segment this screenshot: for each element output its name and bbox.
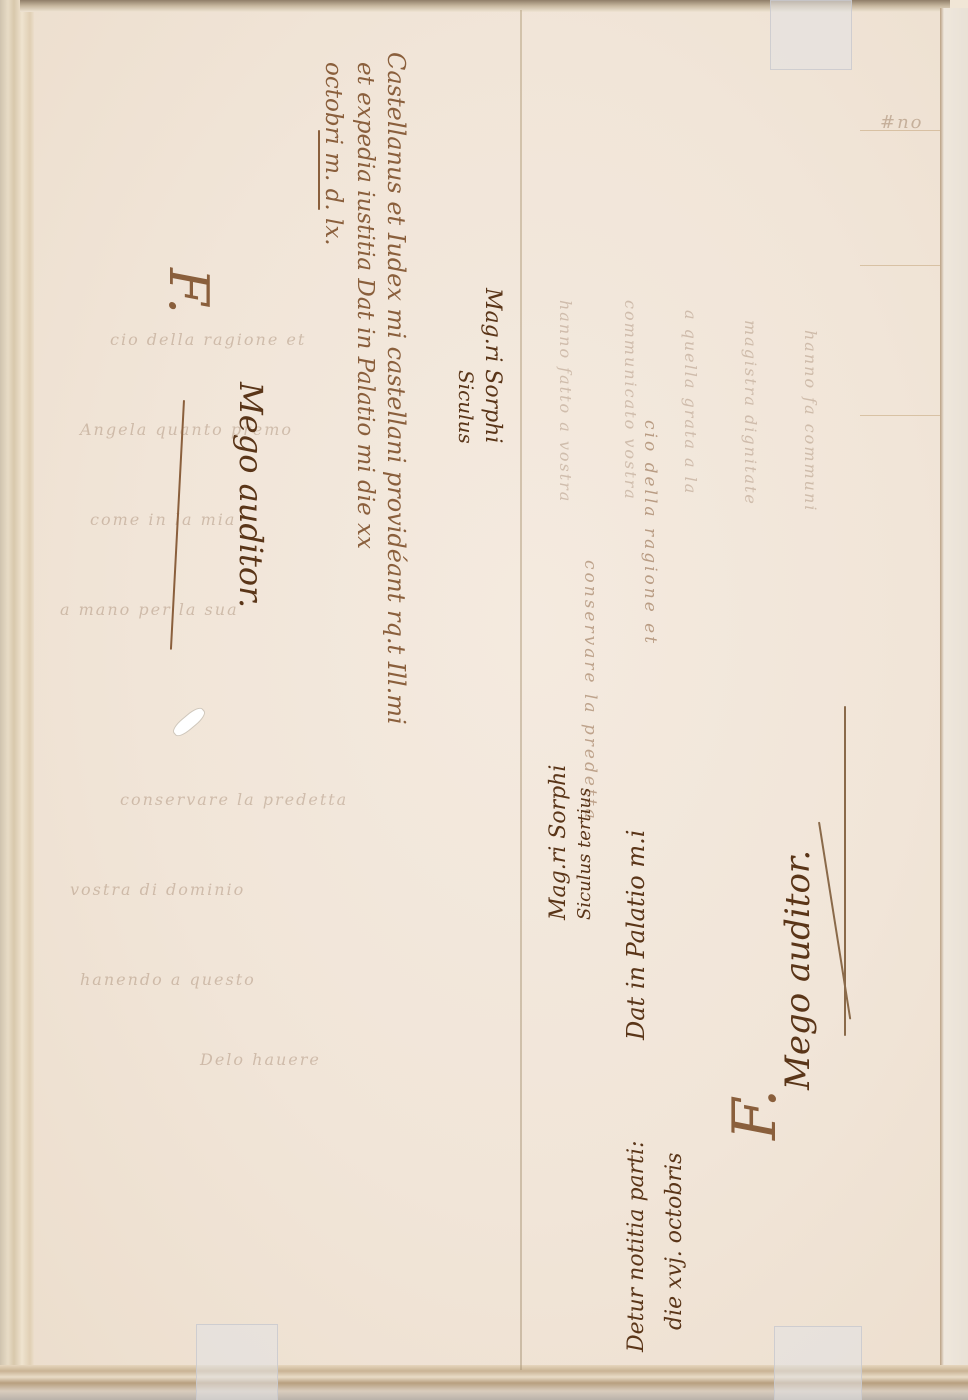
signature-initial: F. [720,1089,790,1140]
bleed-line: magistra dignitate [741,320,760,506]
bleed-line: hanendo a questo [80,970,256,989]
vertical-fold-line [520,10,522,1370]
bleed-line: cio della ragione et [110,330,306,349]
binding-strip [940,8,968,1400]
bleed-line: a quella grata a la [681,310,700,495]
tape-strip-top [770,0,852,70]
note-line: Mag.ri Sorphi [480,288,505,443]
note-line: et expedia iustitia Dat in Palatio mi di… [352,62,378,549]
closing-line: die xvj. octobris [662,1153,687,1330]
bleed-line: conservare la predetta [120,790,348,809]
bleed-column: cio della ragione et [640,420,660,646]
bleed-line: Delo hauere [200,1050,321,1069]
signature: Mego auditor. [778,850,818,1090]
note-line: Siculus tertius [574,788,595,920]
tape-strip-bottom-right [774,1326,862,1400]
note-line: Mag.ri Sorphi [546,765,571,920]
note-line: Siculus [454,370,478,444]
signature: Mego auditor. [232,382,270,608]
bleed-line: hanno fa communi [801,330,820,512]
bleed-line: hanno fatto a vostra [556,300,575,503]
rule-line [318,130,320,210]
bleed-line: communicato vostra [621,300,640,501]
signature-initial: F. [157,268,220,314]
bleed-line: vostra di dominio [70,880,245,899]
bleed-line: a mano per la sua [60,600,239,619]
note-line: octobri m. d. lx. [320,62,346,246]
closing-line: Detur notitia parti: [624,1141,649,1352]
manuscript-page [34,10,942,1370]
note-line: Dat in Palatio m.i [622,830,650,1040]
note-line: Castellanus et Iudex mi castellani provi… [382,52,410,725]
bleed-column: conservare la predetta [580,560,600,822]
fold-mark [860,265,940,266]
bleed-line: come in la mia [90,510,236,529]
tape-strip-bottom-left [196,1324,278,1400]
fold-mark [860,415,940,416]
folio-mark: #no [880,112,924,133]
